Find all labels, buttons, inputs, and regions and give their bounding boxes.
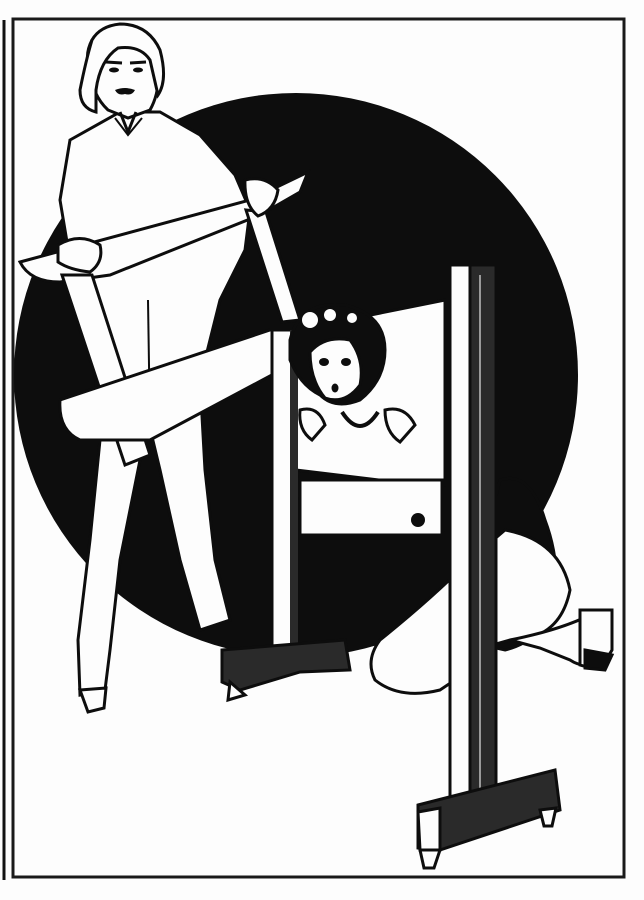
pillory-illustration <box>0 0 644 900</box>
